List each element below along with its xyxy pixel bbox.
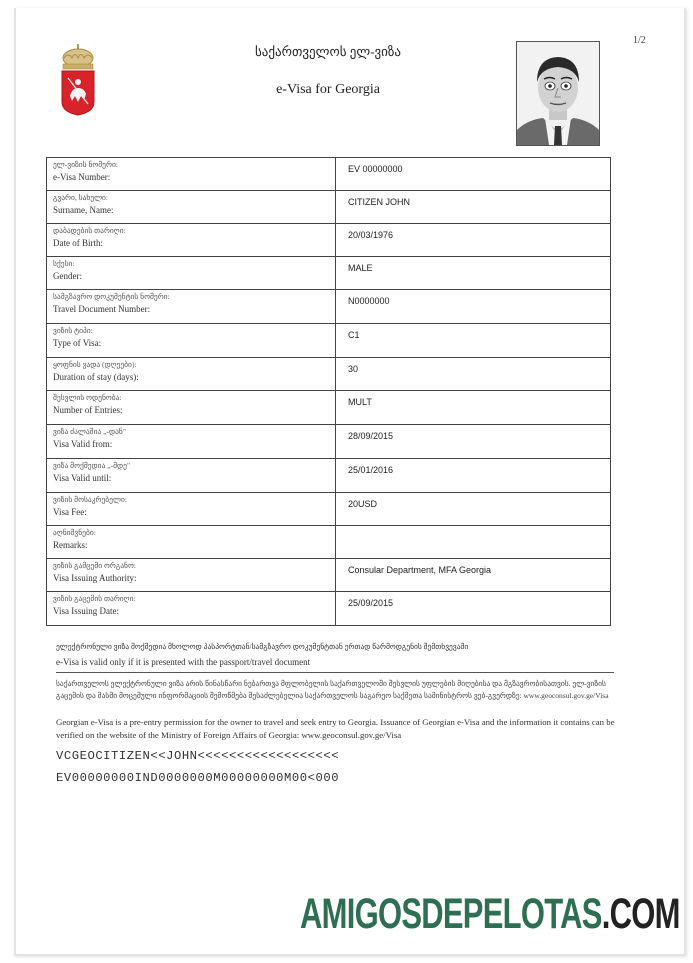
field-label-cell: ყოფნის ვადა (დღეები):Duration of stay (d…	[47, 358, 336, 391]
field-label-english: Number of Entries:	[53, 403, 335, 417]
field-label-georgian: აღნიშვნები:	[53, 528, 335, 538]
mrz-line-1: VCGEOCITIZEN<<JOHN<<<<<<<<<<<<<<<<<<	[56, 749, 339, 763]
validity-note-english: e-Visa is valid only if it is presented …	[56, 657, 616, 667]
mrz-line-2: EV00000000IND0000000M00000000M00<000	[56, 771, 339, 785]
visa-field-row: ვიზის გაცემის თარიღი:Visa Issuing Date:2…	[47, 592, 611, 626]
visa-field-row: ვიზის მოსაკრებელი:Visa Fee:20USD	[47, 493, 611, 526]
visa-field-row: ვიზის გამცემი ორგანო:Visa Issuing Author…	[47, 559, 611, 592]
field-label-cell: ვიზის ტიპი:Type of Visa:	[47, 324, 336, 358]
field-value: Consular Department, MFA Georgia	[336, 559, 611, 592]
field-label-cell: ელ-ვიზის ნომერი:e-Visa Number:	[47, 158, 336, 191]
field-label-cell: სქესი:Gender:	[47, 257, 336, 290]
visa-field-row: ყოფნის ვადა (დღეები):Duration of stay (d…	[47, 358, 611, 391]
field-value	[336, 526, 611, 559]
visa-field-row: ვიზის ტიპი:Type of Visa:C1	[47, 324, 611, 358]
visa-field-row: ვიზა ძალაშია „-დან"Visa Valid from:28/09…	[47, 425, 611, 459]
field-label-cell: ვიზის გამცემი ორგანო:Visa Issuing Author…	[47, 559, 336, 592]
field-label-georgian: გვარი, სახელი:	[53, 193, 335, 203]
holder-portrait-photo	[516, 41, 600, 146]
field-value: 20/03/1976	[336, 224, 611, 257]
document-title-georgian: საქართველოს ელ-ვიზა	[228, 44, 428, 60]
field-label-english: Duration of stay (days):	[53, 370, 335, 384]
field-label-english: Travel Document Number:	[53, 302, 335, 316]
page-number: 1/2	[633, 35, 646, 46]
validity-note-georgian: ელექტრონული ვიზა მოქმედია მხოლოდ პასპორტ…	[56, 642, 616, 651]
watermark-site-name: AMIGOSDEPELOTAS	[300, 890, 602, 938]
field-label-english: Surname, Name:	[53, 203, 335, 217]
visa-field-row: სამგზავრო დოკუმენტის ნომერი:Travel Docum…	[47, 290, 611, 324]
field-value: MULT	[336, 391, 611, 425]
field-label-georgian: ვიზის გამცემი ორგანო:	[53, 561, 335, 571]
field-label-georgian: დაბადების თარიღი:	[53, 226, 335, 236]
field-label-georgian: ვიზის ტიპი:	[53, 326, 335, 336]
field-value: MALE	[336, 257, 611, 290]
field-label-english: Visa Issuing Authority:	[53, 571, 335, 585]
field-value: N0000000	[336, 290, 611, 324]
field-label-cell: გვარი, სახელი:Surname, Name:	[47, 191, 336, 224]
field-value: CITIZEN JOHN	[336, 191, 611, 224]
field-label-english: Visa Valid from:	[53, 437, 335, 451]
field-label-cell: დაბადების თარიღი:Date of Birth:	[47, 224, 336, 257]
field-label-english: Visa Fee:	[53, 505, 335, 519]
field-label-cell: სამგზავრო დოკუმენტის ნომერი:Travel Docum…	[47, 290, 336, 324]
field-label-georgian: ყოფნის ვადა (დღეები):	[53, 360, 335, 370]
field-value: 25/01/2016	[336, 459, 611, 493]
field-label-cell: ვიზა მოქმედია „-მდე"Visa Valid until:	[47, 459, 336, 493]
visa-field-row: აღნიშვნები:Remarks:	[47, 526, 611, 559]
watermark-tld: .COM	[602, 890, 680, 938]
visa-details-table: ელ-ვიზის ნომერი:e-Visa Number:EV 0000000…	[46, 157, 611, 626]
field-label-english: e-Visa Number:	[53, 170, 335, 184]
field-value: 28/09/2015	[336, 425, 611, 459]
field-value: C1	[336, 324, 611, 358]
georgia-coat-of-arms-icon	[58, 44, 98, 116]
field-label-cell: ვიზის გაცემის თარიღი:Visa Issuing Date:	[47, 592, 336, 626]
field-label-english: Gender:	[53, 269, 335, 283]
visa-field-row: გვარი, სახელი:Surname, Name:CITIZEN JOHN	[47, 191, 611, 224]
field-label-cell: ვიზის მოსაკრებელი:Visa Fee:	[47, 493, 336, 526]
document-title-english: e-Visa for Georgia	[228, 82, 428, 98]
field-value: 20USD	[336, 493, 611, 526]
visa-field-row: ელ-ვიზის ნომერი:e-Visa Number:EV 0000000…	[47, 158, 611, 191]
field-label-english: Type of Visa:	[53, 336, 335, 350]
visa-field-row: სქესი:Gender:MALE	[47, 257, 611, 290]
section-divider	[56, 672, 614, 673]
field-value: 25/09/2015	[336, 592, 611, 626]
field-label-cell: ვიზა ძალაშია „-დან"Visa Valid from:	[47, 425, 336, 459]
field-label-georgian: ელ-ვიზის ნომერი:	[53, 160, 335, 170]
field-label-cell: აღნიშვნები:Remarks:	[47, 526, 336, 559]
field-value: 30	[336, 358, 611, 391]
field-label-cell: შესვლის ოდენობა:Number of Entries:	[47, 391, 336, 425]
field-value: EV 00000000	[336, 158, 611, 191]
field-label-english: Date of Birth:	[53, 236, 335, 250]
field-label-georgian: ვიზა ძალაშია „-დან"	[53, 427, 335, 437]
field-label-georgian: შესვლის ოდენობა:	[53, 393, 335, 403]
visa-field-row: შესვლის ოდენობა:Number of Entries:MULT	[47, 391, 611, 425]
visa-field-row: ვიზა მოქმედია „-მდე"Visa Valid until:25/…	[47, 459, 611, 493]
field-label-english: Visa Issuing Date:	[53, 604, 335, 618]
field-label-georgian: ვიზის მოსაკრებელი:	[53, 495, 335, 505]
field-label-english: Visa Valid until:	[53, 471, 335, 485]
field-label-georgian: სამგზავრო დოკუმენტის ნომერი:	[53, 292, 335, 302]
visa-field-row: დაბადების თარიღი:Date of Birth:20/03/197…	[47, 224, 611, 257]
field-label-georgian: ვიზის გაცემის თარიღი:	[53, 594, 335, 604]
info-paragraph-english: Georgian e-Visa is a pre-entry permissio…	[56, 716, 616, 742]
field-label-english: Remarks:	[53, 538, 335, 552]
info-paragraph-georgian: საქართველოს ელექტრონული ვიზა არის წინასწ…	[56, 678, 616, 702]
field-label-georgian: სქესი:	[53, 259, 335, 269]
field-label-georgian: ვიზა მოქმედია „-მდე"	[53, 461, 335, 471]
watermark-logo: AMIGOSDEPELOTAS.COM	[300, 889, 680, 939]
